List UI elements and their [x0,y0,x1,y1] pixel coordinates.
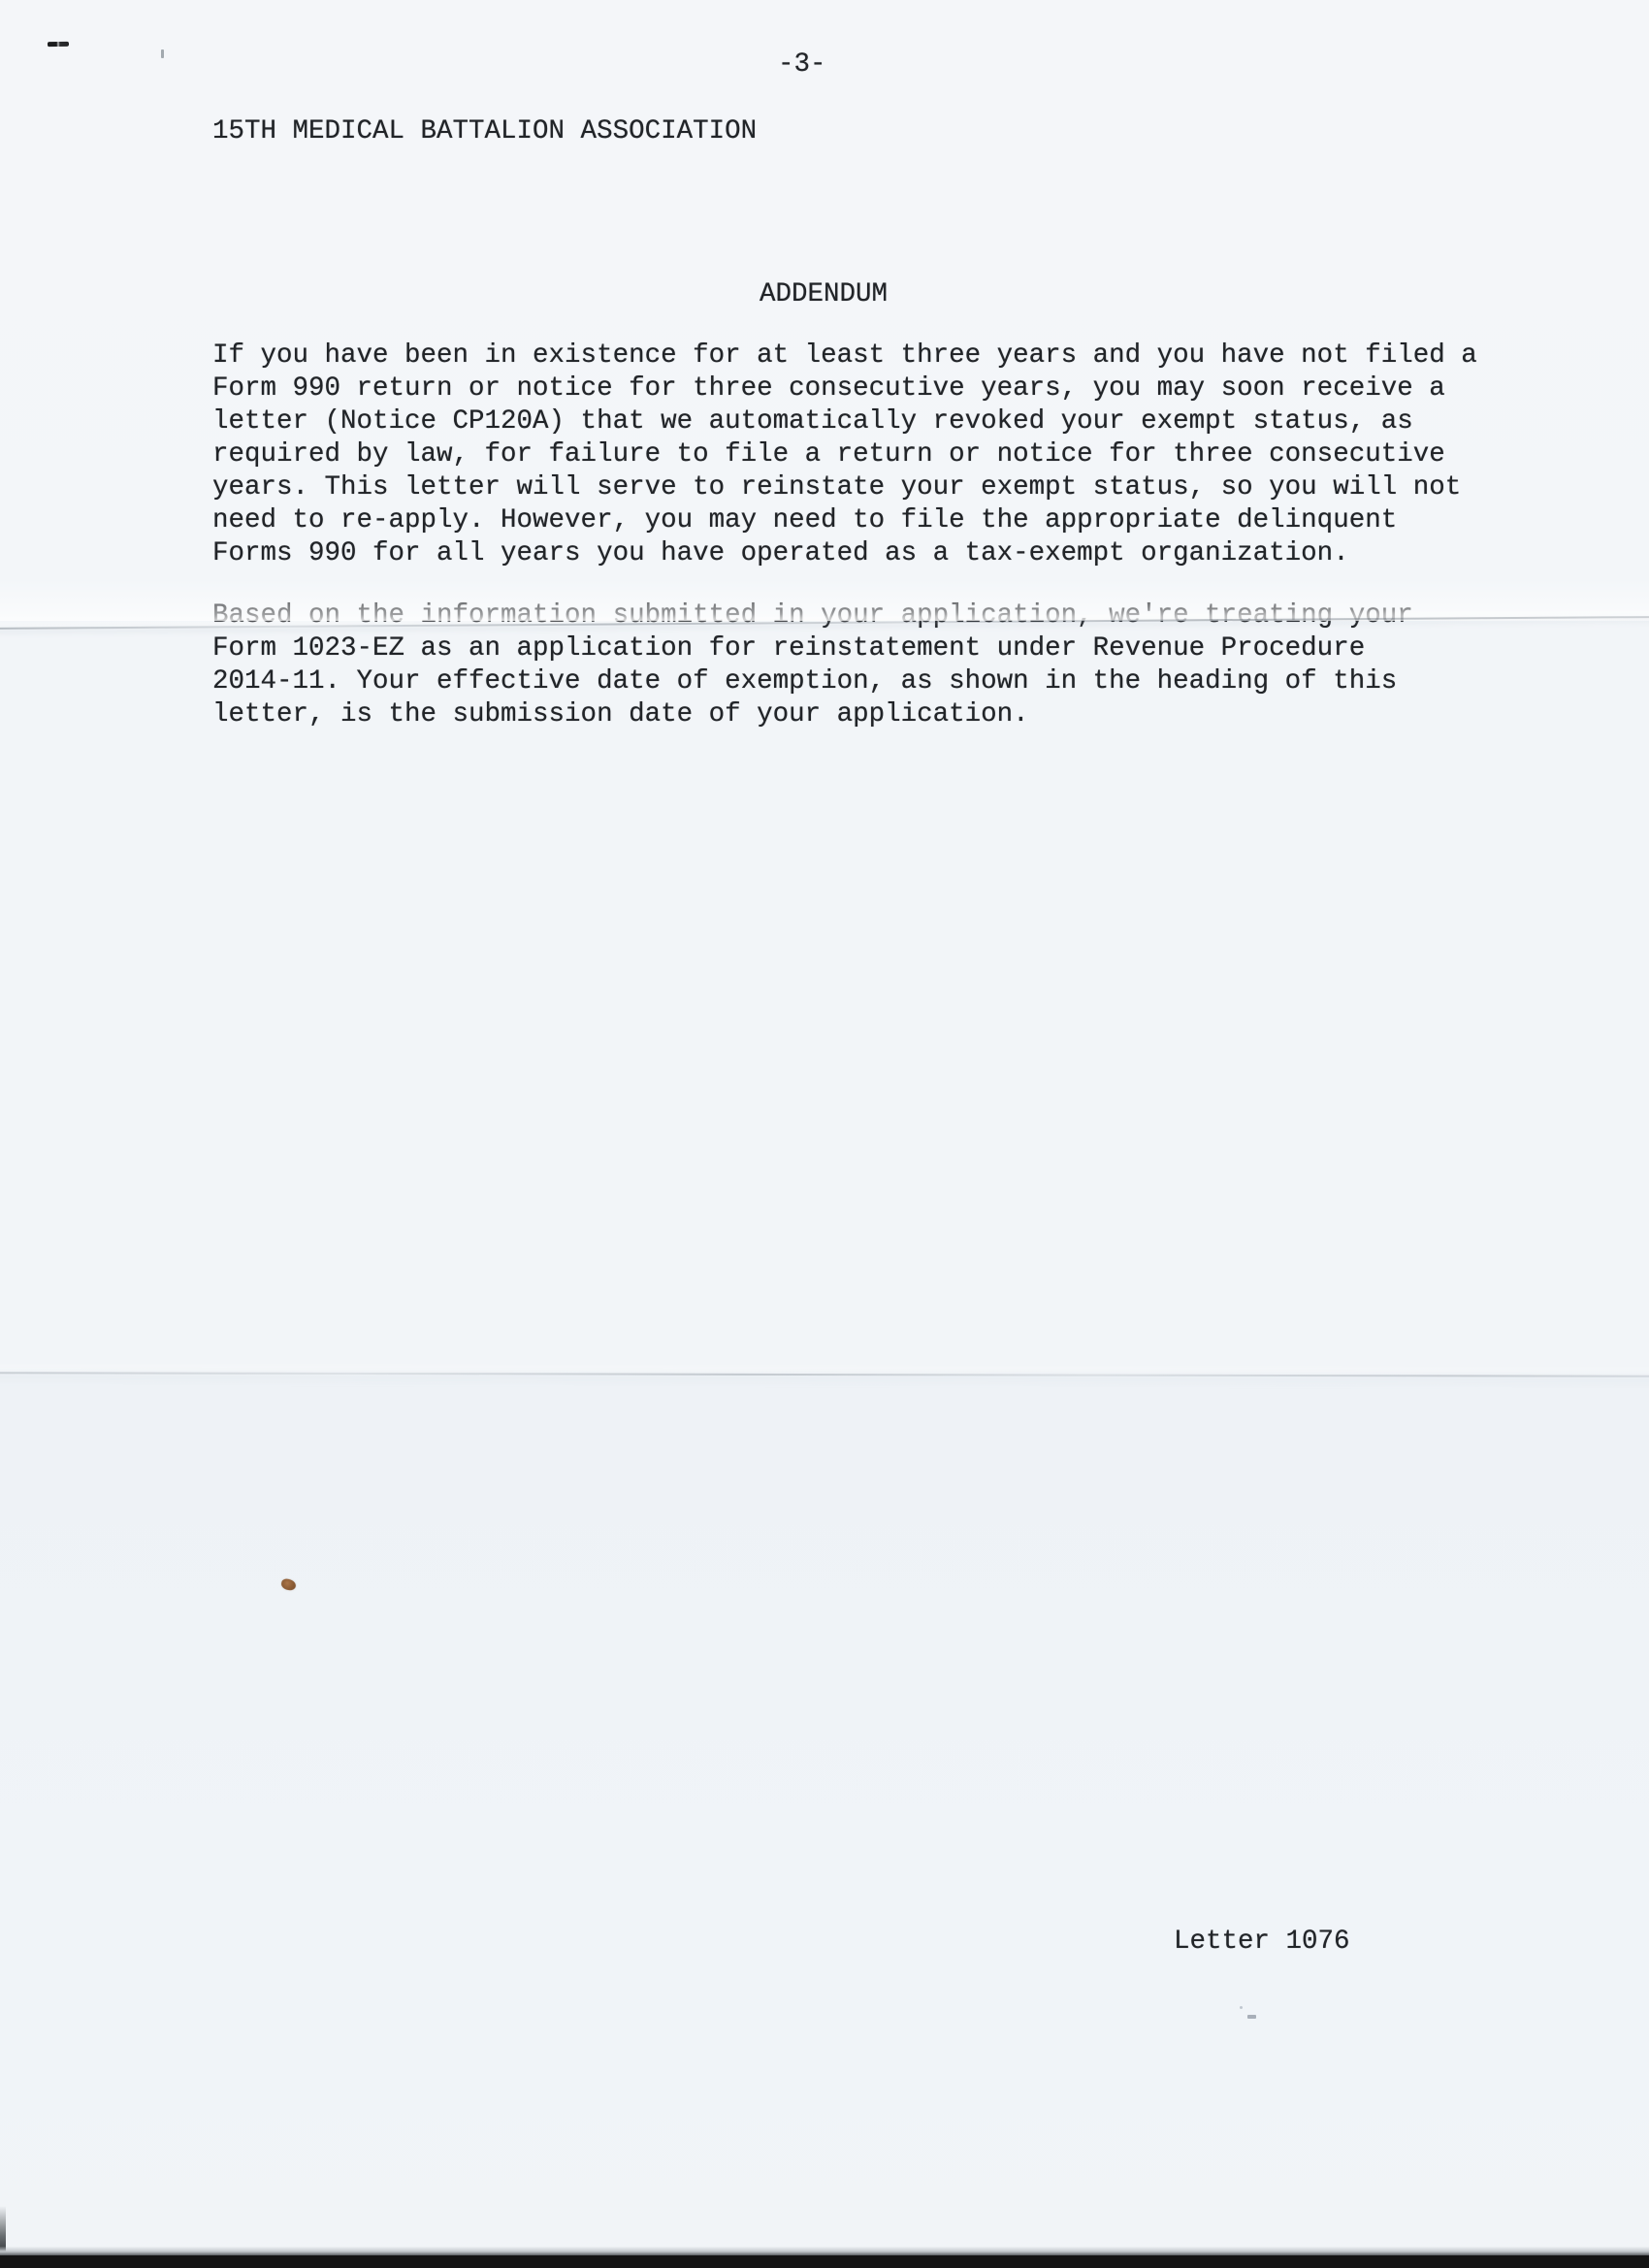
organization-name: 15TH MEDICAL BATTALION ASSOCIATION [212,115,757,148]
letter-number: Letter 1076 [1174,1926,1350,1959]
dust-speck-icon [161,49,164,58]
dust-mark [1247,2015,1256,2019]
fold-crease-middle [0,1372,1649,1377]
paragraph-reinstatement: Based on the information submitted in yo… [212,599,1413,731]
dust-dot [1240,2006,1243,2009]
scanner-edge-bottom [0,2255,1649,2268]
paragraph-revocation-notice: If you have been in existence for at lea… [212,340,1477,570]
stain-speck [280,1578,297,1592]
page-number: -3- [778,49,826,81]
pen-dash-mark [48,42,69,47]
addendum-heading: ADDENDUM [760,278,888,311]
scanned-letter-page: -3- 15TH MEDICAL BATTALION ASSOCIATION A… [0,0,1649,2268]
